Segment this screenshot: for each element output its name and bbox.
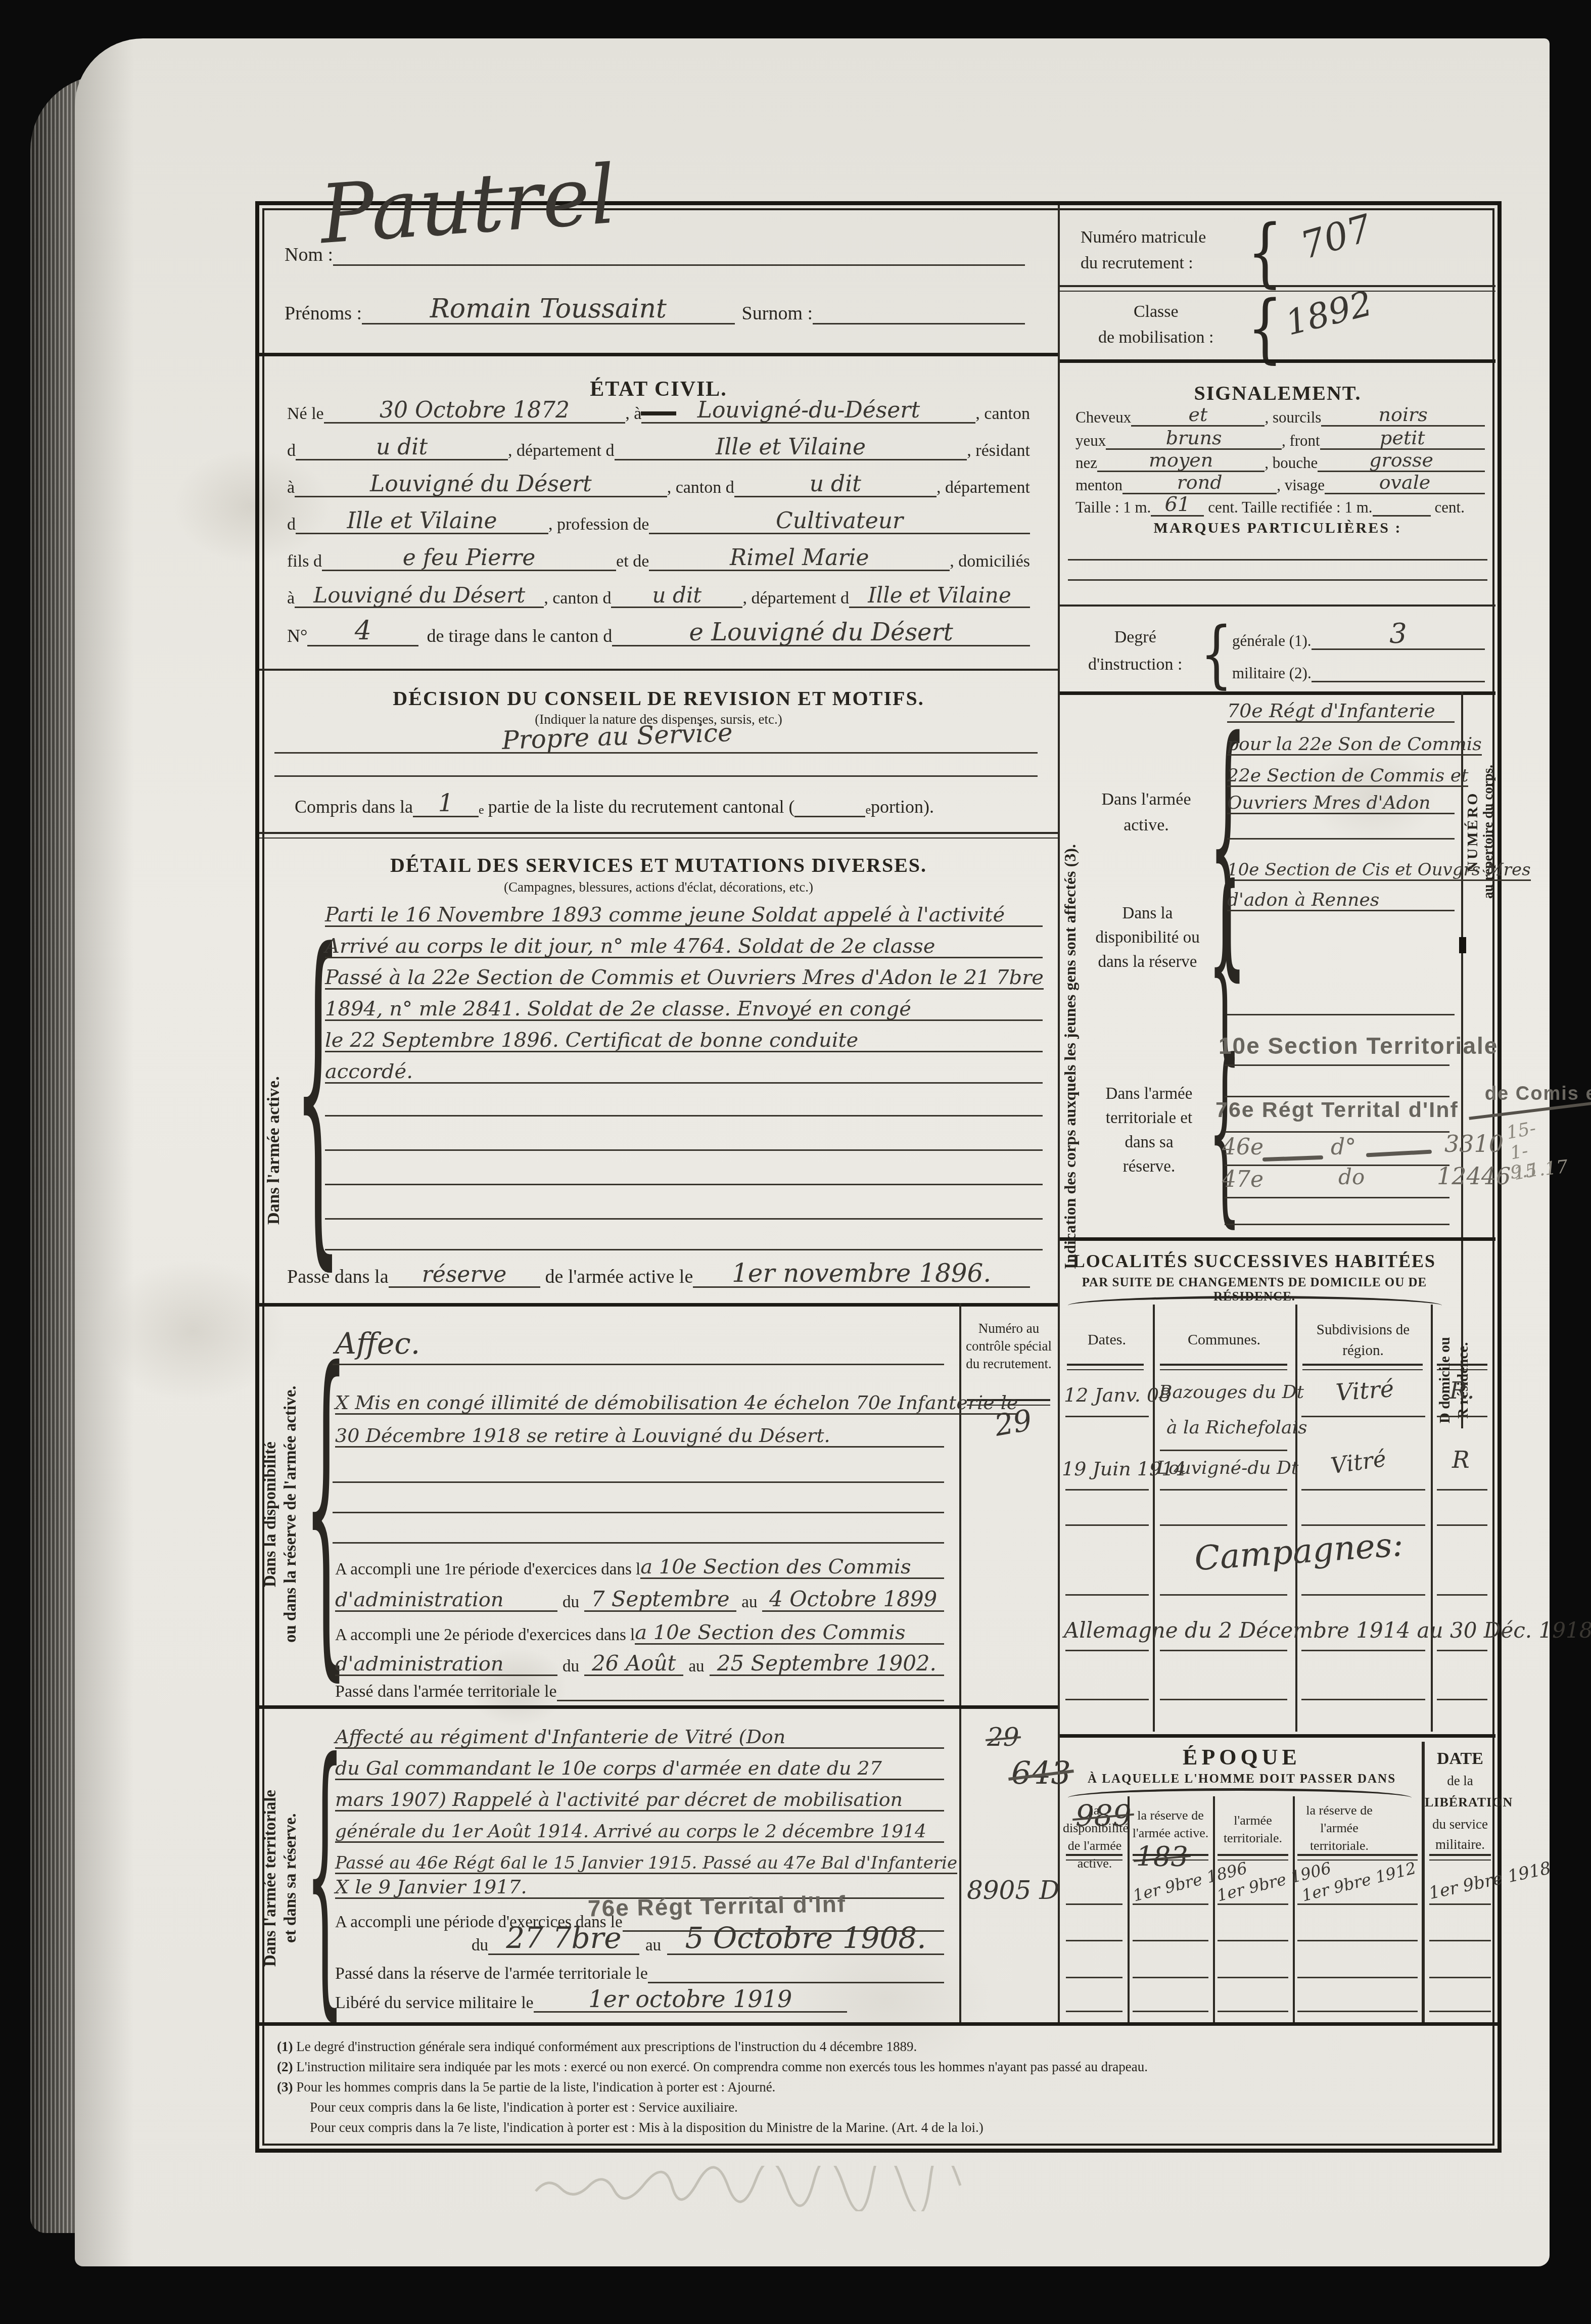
periode1-from: 7 Septembre (591, 1587, 730, 1611)
ruled-line (1429, 1940, 1491, 1941)
form-frame: Pautrel Nom : Prénoms : Romain Toussaint… (255, 201, 1502, 2153)
a-label: , à (625, 404, 641, 424)
margin-number: 8905 D (967, 1876, 1059, 1905)
corps-dispo-entry: 10e Section de Cis et Ouvgrs Mres (1227, 860, 1531, 880)
loc-row2-dr: R (1452, 1446, 1470, 1473)
ruled-line (1225, 1064, 1449, 1066)
ruled-line (1133, 1977, 1208, 1978)
demob-line: X Mis en congé illimité de démobilisatio… (335, 1391, 1018, 1414)
terr-46-ditto: d° (1331, 1134, 1356, 1160)
passe-reserve-label-2: de l'armée active le (545, 1266, 693, 1288)
canton-label: , canton (975, 404, 1030, 424)
ruled-line (1301, 1594, 1425, 1596)
front-label: , front (1282, 432, 1320, 450)
section-divider (1060, 605, 1495, 607)
ruled-line (325, 1115, 1043, 1117)
ruled-line (1301, 1489, 1425, 1491)
loc-row1-date: 12 Janv. 08 (1064, 1384, 1171, 1406)
footnote-text: Pour les hommes compris dans la 5e parti… (296, 2079, 775, 2095)
nez-value: moyen (1149, 449, 1213, 471)
header-underline (1297, 1854, 1418, 1861)
tirage-no-label: N° (287, 625, 307, 646)
terr-periode-to: 5 Octobre 1908. (685, 1921, 926, 1955)
canton2-value: u dit (810, 471, 861, 497)
loc-row1-commune-2: à la Richefolais (1166, 1417, 1307, 1438)
ruled-line (1133, 1903, 1208, 1905)
blank-line (557, 1700, 945, 1701)
footer-divider (259, 2022, 1498, 2026)
col-subdiv-header: Subdivisions de région. (1296, 1320, 1430, 1361)
epoque-col1-header: la disponibilité de l'armée active. (1063, 1801, 1127, 1872)
passe-reserve-value: réserve (422, 1262, 507, 1287)
departement-label: , département d (508, 441, 615, 460)
matricule-brace (1247, 214, 1283, 290)
corps-terr-label: Dans l'armée territoriale et dans sa rés… (1097, 1082, 1201, 1179)
service-history-line: Parti le 16 Novembre 1893 comme jeune So… (325, 903, 1005, 926)
sup-e: e (479, 804, 484, 817)
au-label: au (688, 1657, 704, 1676)
prenoms-value: Romain Toussaint (430, 294, 667, 324)
date-liberation-header-4: du service (1425, 1817, 1495, 1832)
periode1-to: 4 Octobre 1899 (769, 1587, 937, 1611)
ruled-line (1160, 1650, 1287, 1651)
col-communes-header: Communes. (1154, 1331, 1294, 1349)
header-underline (1218, 1854, 1288, 1861)
terr-history-line: du Gal commandant le 10e corps d'armée e… (335, 1757, 882, 1779)
footnote-num: (3) (277, 2079, 293, 2095)
dispo-side-label-1: Dans la disponibilité (261, 1358, 280, 1671)
section-divider (1060, 359, 1495, 363)
affectation-note: Affec. (335, 1326, 420, 1361)
matricule-value: 707 (1296, 206, 1376, 268)
footnote-text: Pour ceux compris dans la 6e liste, l'in… (310, 2100, 738, 2115)
pencil-note (531, 2166, 1087, 2211)
degre-brace (1200, 617, 1233, 690)
degre-militaire-label: militaire (2). (1232, 664, 1312, 682)
domicilies-label: , domiciliés (950, 552, 1030, 571)
matricule-label-2: du recrutement : (1081, 250, 1206, 276)
ruled-line (1133, 2011, 1208, 2012)
demob-line: 30 Décembre 1918 se retire à Louvigné du… (335, 1424, 830, 1447)
ruled-line (1068, 559, 1487, 561)
ruled-line (1301, 1699, 1425, 1700)
footnote-num: (2) (277, 2059, 293, 2074)
footnote-text: Pour ceux compris dans la 7e liste, l'in… (310, 2120, 984, 2135)
taille-value: 61 (1164, 493, 1190, 516)
terr-history-line: générale du 1er Août 1914. Arrivé au cor… (335, 1821, 926, 1842)
localites-title: LOCALITÉS SUCCESSIVES HABITÉES (1060, 1250, 1449, 1272)
ne-le-label: Né le (287, 404, 324, 424)
footnote-4: Pour ceux compris dans la 6e liste, l'in… (310, 2100, 1485, 2115)
epoque-subtitle: À LAQUELLE L'HOMME DOIT PASSER DANS (1062, 1772, 1422, 1786)
taille-rectifiee-blank (1373, 515, 1431, 517)
taille-label: Taille : 1 m. (1075, 498, 1151, 517)
ruled-line (1225, 1131, 1449, 1133)
degre-generale-label: générale (1). (1232, 632, 1312, 650)
passe-reserve-date: 1er novembre 1896. (732, 1259, 991, 1288)
section-divider (259, 1303, 1058, 1307)
margin-number-crossed: 29 (987, 1723, 1019, 1752)
parents-residence-value: Louvigné du Désert (313, 583, 525, 608)
ruled-line (1301, 1524, 1425, 1526)
ruled-line (1065, 1416, 1149, 1417)
ruled-line (274, 752, 1038, 754)
birth-date-value: 30 Octobre 1872 (380, 397, 570, 423)
periode2-corps-2: d'administration (335, 1652, 504, 1676)
active-side-label: Dans l'armée active. (264, 994, 284, 1307)
father-value: e feu Pierre (403, 545, 536, 571)
periode1-corps: a 10e Section des Commis (640, 1555, 911, 1578)
matricule-label: Numéro matricule du recrutement : (1081, 224, 1206, 276)
ruled-line (1437, 1594, 1487, 1596)
libere-label: Libéré du service militaire le (335, 1993, 534, 2013)
controle-header: Numéro au contrôle spécial du recrutemen… (963, 1320, 1055, 1373)
loc-row1-subdiv: Vitré (1335, 1375, 1394, 1406)
periode1-corps-2: d'administration (335, 1588, 504, 1611)
classe-value: 1892 (1282, 284, 1376, 344)
portion-blank (794, 816, 865, 817)
header-underline (1429, 1854, 1491, 1861)
canton3-value: u dit (652, 583, 702, 608)
canton2-label: , canton d (667, 478, 734, 497)
flourish-rule (1068, 1788, 1412, 1798)
loc-row2-commune: Louvigné-du Dt (1156, 1458, 1298, 1478)
col-dates-header: Dates. (1062, 1331, 1152, 1349)
header-underline (1067, 1364, 1144, 1370)
terr-side-label-2: et dans sa réserve. (282, 1742, 300, 2015)
sourcils-label: , sourcils (1265, 408, 1321, 427)
ruled-line (1297, 1940, 1418, 1941)
date-liberation-header-5: militaire. (1425, 1837, 1495, 1852)
terr-47-number: 12446 (1437, 1163, 1511, 1190)
du-label: du (563, 1657, 579, 1676)
bouche-label: , bouche (1265, 454, 1318, 472)
menton-value: rond (1177, 471, 1223, 493)
section-divider-double (259, 832, 1058, 839)
ruled-line (1297, 1903, 1418, 1905)
ruled-line (1160, 1450, 1287, 1451)
footnote-5: Pour ceux compris dans la 7e liste, l'in… (310, 2120, 1485, 2135)
sup-e: e (865, 804, 871, 817)
departement3-label: , département d (742, 589, 849, 608)
classe-label-1: Classe (1098, 299, 1214, 324)
ruled-line (1437, 1699, 1487, 1700)
menton-label: menton (1075, 476, 1122, 494)
table-rule (1295, 1305, 1297, 1732)
service-history-line: Passé à la 22e Section de Commis et Ouvr… (325, 966, 1044, 989)
epoque-title: ÉPOQUE (1062, 1744, 1422, 1770)
section-divider (1060, 1237, 1495, 1241)
numero-repertoire-label-2: au répertoire du corps. (1480, 711, 1496, 953)
libere-date: 1er octobre 1919 (588, 1985, 792, 2013)
ruled-line (1160, 1489, 1287, 1491)
visage-label: , visage (1277, 476, 1325, 494)
ruled-line (325, 1249, 1043, 1250)
header-underline (1133, 1854, 1208, 1861)
terr-section-stamp-1: 10e Section Territoriale (1219, 1032, 1498, 1059)
ruled-line (333, 1364, 944, 1365)
table-rule (1153, 1305, 1155, 1732)
ruled-line (1218, 1977, 1288, 1978)
ruled-line (325, 1149, 1043, 1151)
header-underline (1437, 1364, 1487, 1370)
column-divider (1058, 205, 1060, 2022)
periode2-label: A accompli une 2e période d'exercices da… (335, 1626, 635, 1645)
periode2-from: 26 Août (592, 1651, 676, 1676)
classe-brace (1247, 290, 1283, 365)
date-liberation-header-1: DATE (1425, 1749, 1495, 1769)
epoque-col4-header: la réserve de l'armée territoriale. (1294, 1801, 1384, 1854)
ruled-line (1066, 2011, 1122, 2012)
d2-label: d (287, 515, 296, 534)
du-label: du (472, 1936, 488, 1955)
ruled-line (1160, 1699, 1287, 1700)
ruled-line (1225, 1197, 1449, 1198)
residant-label: , résidant (967, 441, 1030, 460)
ruled-line (1297, 1977, 1418, 1978)
tirage-no-value: 4 (355, 616, 371, 646)
header-underline (1302, 1364, 1423, 1370)
service-history-line: 1894, n° mle 2841. Soldat de 2e classe. … (325, 997, 911, 1020)
ruled-line (1160, 1524, 1287, 1526)
footnote-text: L'instruction militaire sera indiquée pa… (296, 2059, 1148, 2074)
ruled-line (1301, 1416, 1425, 1417)
a2-label: à (287, 478, 295, 497)
compris-value: 1 (438, 789, 454, 817)
ruled-line (1065, 1489, 1149, 1491)
classe-label-2: de mobilisation : (1098, 324, 1214, 350)
ruled-line (1065, 1594, 1149, 1596)
mother-value: Rimel Marie (730, 545, 869, 571)
ruled-line (1066, 1977, 1122, 1978)
epoque-col2-header: la réserve de l'armée active. (1130, 1806, 1211, 1842)
ruled-line (1068, 579, 1487, 581)
surnom-label: Surnom : (742, 302, 813, 324)
matricule-label-1: Numéro matricule (1081, 224, 1206, 250)
classe-label: Classe de mobilisation : (1098, 299, 1214, 350)
passe-reserve-label: Passé dans la (287, 1266, 389, 1288)
yeux-value: bruns (1166, 427, 1222, 449)
footnote-2: (2) L'instruction militaire sera indiqué… (277, 2059, 1485, 2075)
visage-value: ovale (1379, 471, 1431, 493)
ruled-line (1437, 1524, 1487, 1526)
a3-label: à (287, 589, 295, 608)
ruled-line (1133, 1940, 1208, 1941)
departement2-value: Ille et Vilaine (347, 508, 497, 534)
departement3-value: Ille et Vilaine (868, 583, 1011, 608)
ruled-line (1437, 1650, 1487, 1651)
corps-active-entry: 70e Régt d'Infanterie (1227, 700, 1435, 722)
fils-de-label: fils d (287, 552, 322, 571)
taille-rectifiee-label: cent. Taille rectifiée : 1 m. (1208, 498, 1372, 517)
degre-label: Degré d'instruction : (1088, 624, 1183, 679)
scribble (1366, 1150, 1432, 1157)
section-divider (259, 669, 1058, 671)
degre-label-2: d'instruction : (1088, 651, 1183, 678)
ruled-line (1227, 838, 1455, 840)
ruled-line (1225, 1224, 1449, 1225)
ruled-line (1218, 1940, 1288, 1941)
table-rule (1431, 1305, 1433, 1732)
date-liberation-header-3: LIBÉRATION (1425, 1795, 1495, 1810)
ruled-line (325, 1184, 1043, 1185)
campagnes-value: Allemagne du 2 Décembre 1914 au 30 Déc. … (1064, 1618, 1591, 1643)
terr-side-label-1: Dans l'armée territoriale (261, 1742, 280, 2015)
service-history-line: le 22 Septembre 1896. Certificat de bonn… (325, 1029, 858, 1052)
ruled-line (1301, 1650, 1425, 1651)
corps-active-entry: Ouvriers Mres d'Adon (1227, 793, 1430, 813)
ruled-line (1065, 1524, 1149, 1526)
terr-47-entry: 47e (1222, 1167, 1264, 1192)
terr-regiment-stamp: 76e Régt Territal d'Inf (1215, 1098, 1459, 1123)
nom-label: Nom : (285, 244, 333, 266)
corps-active-entry: pour la 22e Son de Commis (1227, 734, 1482, 755)
profession-label: , profession de (548, 515, 649, 534)
section-divider (1060, 1734, 1495, 1738)
ruled-line (1225, 1165, 1449, 1166)
corps-active-entry: 22e Section de Commis et (1227, 765, 1468, 786)
periode1-label: A accompli une 1re période d'exercices d… (335, 1560, 640, 1579)
marques-title: MARQUES PARTICULIÈRES : (1060, 520, 1495, 537)
terr-history-line: Affecté au régiment d'Infanterie de Vitr… (335, 1726, 785, 1748)
au-label: au (741, 1593, 757, 1612)
section-divider (259, 1705, 1058, 1709)
ruled-line (1429, 2011, 1491, 2012)
ruled-line (274, 775, 1038, 777)
terr-46-number: 3310 (1444, 1130, 1504, 1157)
services-subtitle: (Campagnes, blessures, actions d'éclat, … (259, 879, 1058, 895)
au-label: au (645, 1936, 661, 1955)
profession-value: Cultivateur (776, 508, 903, 534)
footnote-3: (3) Pour les hommes compris dans la 5e p… (277, 2079, 1485, 2095)
tirage-label: de tirage dans le canton d (427, 625, 612, 646)
residence-value: Louvigné du Désert (370, 471, 592, 497)
passe-res-terr-label: Passé dans la réserve de l'armée territo… (335, 1964, 648, 1983)
blank-line (1312, 681, 1485, 682)
footnote-1: (1) Le degré d'instruction générale sera… (277, 2039, 1485, 2055)
regiment-stamp: 76e Régt Territal d'Inf (588, 1890, 847, 1922)
ruled-line (1218, 2011, 1288, 2012)
corps-active-label: Dans l'armée active. (1096, 786, 1197, 838)
terr-47-ditto: do (1338, 1165, 1365, 1189)
nez-label: nez (1075, 454, 1097, 472)
ruled-line (1225, 1096, 1449, 1097)
signalement-title: SIGNALEMENT. (1060, 381, 1495, 405)
sourcils-value: noirs (1379, 403, 1428, 426)
ruled-line (1227, 1014, 1455, 1015)
ruled-line (1160, 1594, 1287, 1596)
blank-line (648, 1982, 944, 1983)
corps-dispo-entry: d'adon à Rennes (1227, 890, 1379, 910)
canton3-label: , canton d (544, 589, 611, 608)
ruled-line (1218, 1903, 1288, 1905)
header-underline (1066, 1854, 1122, 1861)
loc-row1-commune: Bazouges du Dt (1159, 1382, 1304, 1403)
ruled-line (1437, 1489, 1487, 1491)
et-de-label: et de (616, 552, 649, 571)
compris-label: Compris dans la (295, 796, 413, 817)
tirage-canton-value: e Louvigné du Désert (689, 618, 953, 646)
decision-title: DÉCISION DU CONSEIL DE REVISION ET MOTIF… (259, 686, 1058, 710)
prenoms-label: Prénoms : (285, 302, 362, 324)
dispo-side-label-2: ou dans la réserve de l'armée active. (282, 1358, 300, 1671)
bouche-value: grosse (1369, 449, 1433, 471)
ruled-line (1065, 1650, 1149, 1651)
ruled-line (1065, 1699, 1149, 1700)
service-history-line: Arrivé au corps le dit jour, n° mle 4764… (325, 935, 935, 958)
birth-place-value: Louvigné-du-Désert (697, 397, 920, 423)
ruled-line (1297, 2011, 1418, 2012)
passe-territoriale-label: Passé dans l'armée territoriale le (335, 1682, 557, 1701)
service-history-line: accordé. (325, 1060, 413, 1083)
scribble (1262, 1155, 1323, 1161)
footnote-num: (1) (277, 2039, 293, 2054)
corps-dispo-label: Dans la disponibilité ou dans la réserve (1093, 902, 1202, 974)
loc-row2-subdiv: Vitré (1329, 1446, 1388, 1479)
loc-row1-dr: R. (1449, 1377, 1474, 1404)
header-underline (1160, 1364, 1287, 1370)
departement-value: Ille et Vilaine (716, 434, 866, 460)
terr-section-stamp-2: de Comis et Ouvrs Mres d'Admon (1485, 1083, 1591, 1105)
epoque-col3-header: l'armée territoriale. (1214, 1811, 1291, 1847)
section-divider (259, 353, 1058, 356)
date-liberation-header-2: de la (1425, 1773, 1495, 1789)
ruled-line (333, 1512, 944, 1513)
services-title: DÉTAIL DES SERVICES ET MUTATIONS DIVERSE… (259, 853, 1058, 877)
periode2-corps: a 10e Section des Commis (635, 1621, 905, 1644)
footnote-text: Le degré d'instruction générale sera ind… (296, 2039, 917, 2054)
ruled-line (325, 1218, 1043, 1220)
register-tick (1459, 937, 1466, 953)
nom-line (333, 264, 1025, 266)
compris-label-2: partie de la liste du recrutement canton… (488, 796, 795, 817)
front-value: petit (1380, 427, 1425, 449)
degre-label-1: Degré (1088, 624, 1183, 651)
section-divider (1060, 691, 1495, 695)
canton-dit-value: u dit (376, 434, 428, 460)
compris-label-3: portion). (871, 796, 934, 817)
degre-generale-value: 3 (1389, 618, 1407, 649)
terr-history-line: mars 1907) Rappelé à l'activité par décr… (335, 1788, 903, 1810)
ruled-line (1066, 1940, 1122, 1941)
terr-periode-from: 27 7bre (506, 1921, 621, 1955)
cheveux-value: et (1188, 403, 1207, 426)
ruled-line (333, 1481, 944, 1483)
ruled-line (333, 1542, 944, 1544)
ruled-line (1429, 1977, 1491, 1978)
departement2-label: , département (937, 478, 1030, 497)
terr-history-line: X le 9 Janvier 1917. (335, 1876, 527, 1898)
terr-46-entry: 46e (1222, 1134, 1264, 1160)
ruled-line (1066, 1903, 1122, 1905)
campagnes-label: Campagnes: (1193, 1525, 1405, 1578)
surnom-line (813, 323, 1025, 324)
yeux-label: yeux (1075, 432, 1106, 450)
scanned-register-page: Pautrel Nom : Prénoms : Romain Toussaint… (0, 0, 1591, 2324)
cheveux-label: Cheveux (1075, 408, 1131, 427)
du-label: du (563, 1593, 579, 1612)
cent-label: cent. (1435, 498, 1465, 517)
ruled-line (1429, 1903, 1491, 1905)
periode2-to: 25 Septembre 1902. (717, 1651, 937, 1676)
d-label: d (287, 441, 296, 460)
ruled-line (1437, 1416, 1487, 1417)
